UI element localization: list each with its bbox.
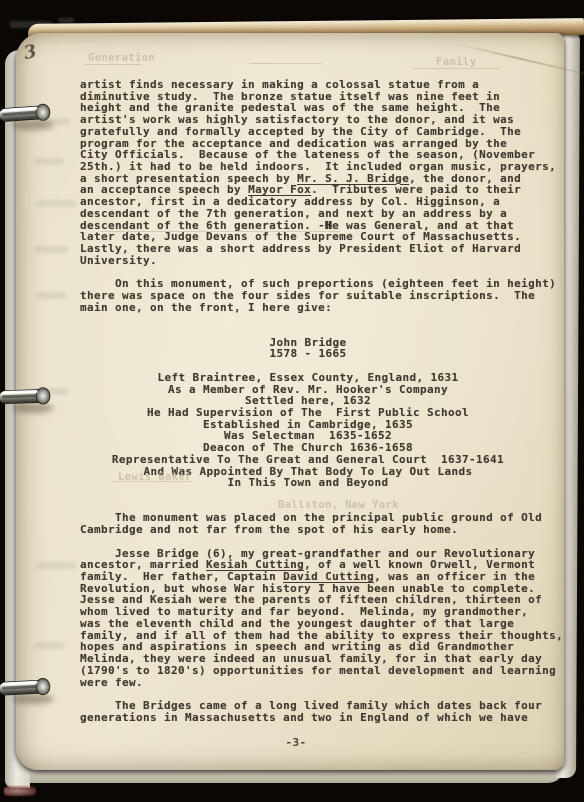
ghost-rule	[412, 68, 500, 69]
reflection-streak	[4, 786, 36, 796]
paragraph-4: Jesse Bridge (6), my great-grandfather a…	[80, 548, 564, 689]
manuscript-page: 3 artist finds necessary in making a col…	[16, 33, 564, 770]
ghost-rule	[250, 63, 322, 64]
binder-ring-top	[0, 99, 53, 129]
typed-line: main one, on the front, I here give:	[80, 302, 564, 314]
ghost-text: Family	[436, 56, 476, 68]
typed-line: Cambridge and not far from the spot of h…	[80, 524, 564, 536]
ghost-rule	[84, 64, 142, 65]
binder-ring-bottom	[0, 674, 53, 703]
scanned-notebook-photo: 3 artist finds necessary in making a col…	[0, 0, 584, 802]
paragraph-1: artist finds necessary in making a colos…	[80, 79, 564, 267]
typed-line: University.	[80, 255, 564, 267]
ink-smudge	[36, 562, 76, 569]
ghost-text: Generation	[88, 52, 155, 64]
ink-smudge	[36, 292, 66, 299]
ink-smudge	[36, 200, 76, 207]
handwritten-folio: 3	[22, 41, 39, 64]
paragraph-3: The monument was placed on the principal…	[80, 512, 564, 535]
monument-inscription: John Bridge1578 - 1665 Left Braintree, E…	[66, 337, 550, 489]
ghost-rule	[112, 481, 192, 482]
ink-smudge	[34, 642, 64, 649]
ghost-rule	[100, 231, 340, 232]
binder-ring-middle	[0, 383, 52, 411]
paragraph-2: On this monument, of such preportions (e…	[80, 278, 564, 313]
typed-line: were few.	[80, 677, 564, 689]
typed-document: artist finds necessary in making a colos…	[80, 79, 564, 723]
typed-line: generations in Massachusetts and two in …	[80, 712, 564, 724]
ink-smudge	[34, 158, 64, 165]
page-number: -3-	[56, 736, 536, 749]
ink-smudge	[34, 246, 68, 253]
ghost-text: Ballston, New York	[278, 499, 399, 511]
dust-mark	[58, 18, 74, 23]
typed-line: (1790's to 1820's) opportunities for men…	[80, 665, 564, 677]
paragraph-5: The Bridges came of a long lived family …	[80, 700, 564, 723]
